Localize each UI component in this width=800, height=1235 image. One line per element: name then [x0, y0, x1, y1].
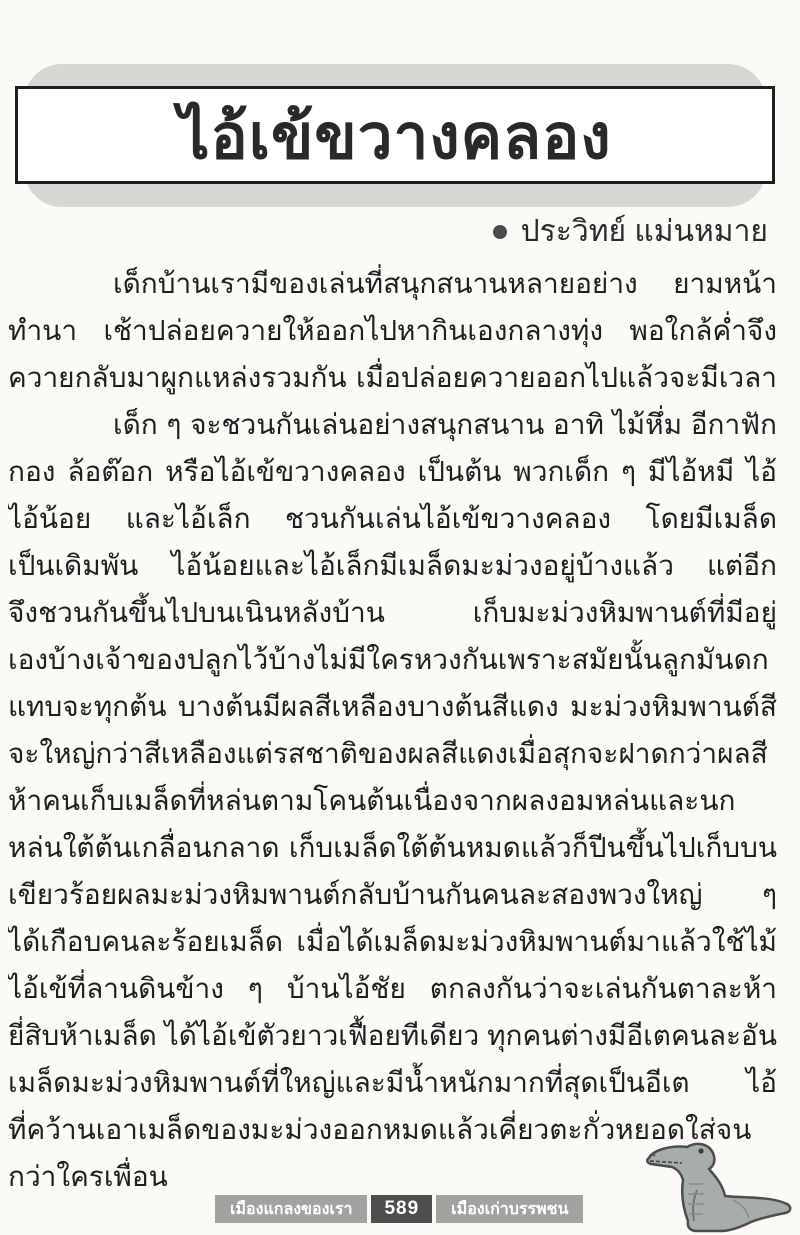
author-name: ประวิทย์ แม่นหมาย — [521, 212, 768, 251]
text-line: ได้เกือบคนละร้อยเมล็ด เมื่อได้เมล็ดมะม่ว… — [8, 918, 777, 965]
text-line: จะใหญ่กว่าสีเหลืองแต่รสชาติของผลสีแดงเมื… — [8, 730, 777, 777]
footer-series-left: เมืองแกลงของเรา — [215, 1195, 367, 1223]
text-line: เขียวร้อยผลมะม่วงหิมพานต์กลับบ้านกันคนละ… — [8, 871, 777, 918]
author-byline: ประวิทย์ แม่นหมาย — [493, 212, 768, 251]
text-line: กอง ล้อต๊อก หรือไอ้เข้ขวางคลอง เป็นต้น พ… — [8, 448, 777, 495]
page-number-badge: 589 — [371, 1195, 432, 1223]
text-line: ไอ้เข้ที่ลานดินข้าง ๆ บ้านไอ้ชัย ตกลงกัน… — [8, 965, 777, 1012]
text-line: แทบจะทุกต้น บางต้นมีผลสีเหลืองบางต้นสีแด… — [8, 683, 777, 730]
text-line: ควายกลับมาผูกแหล่งรวมกัน เมื่อปล่อยควายอ… — [8, 354, 777, 401]
text-line: ห้าคนเก็บเมล็ดที่หล่นตามโคนต้นเนื่องจากผ… — [8, 777, 777, 824]
text-line: เองบ้างเจ้าของปลูกไว้บ้างไม่มีใครหวงกันเ… — [8, 636, 777, 683]
book-page: ไอ้เข้ขวางคลอง ประวิทย์ แม่นหมาย เด็กบ้า… — [0, 0, 800, 1235]
text-line: ไอ้น้อย และไอ้เล็ก ชวนกันเล่นไอ้เข้ขวางค… — [8, 495, 777, 542]
page-title: ไอ้เข้ขวางคลอง — [178, 101, 611, 169]
text-line: ยี่สิบห้าเมล็ด ได้ไอ้เข้ตัวยาวเฟื้อยทีเด… — [8, 1012, 777, 1059]
text-line: เด็ก ๆ จะชวนกันเล่นอย่างสนุกสนาน อาทิ ไม… — [8, 401, 777, 448]
footer: เมืองแกลงของเรา 589 เมืองเก่าบรรพชน — [215, 1195, 583, 1223]
bullet-icon — [493, 225, 507, 239]
text-line: เมล็ดมะม่วงหิมพานต์ที่ใหญ่และมีน้ำหนักมา… — [8, 1059, 777, 1106]
body-text: เด็กบ้านเรามีของเล่นที่สนุกสนานหลายอย่าง… — [8, 260, 777, 1200]
text-line: จึงชวนกันขึ้นไปบนเนินหลังบ้าน เก็บมะม่วง… — [8, 589, 777, 636]
text-line: ทำนา เช้าปล่อยควายให้ออกไปหากินเองกลางทุ… — [8, 307, 777, 354]
text-line: เด็กบ้านเรามีของเล่นที่สนุกสนานหลายอย่าง… — [8, 260, 777, 307]
text-line: เป็นเดิมพัน ไอ้น้อยและไอ้เล็กมีเมล็ดมะม่… — [8, 542, 777, 589]
title-banner: ไอ้เข้ขวางคลอง — [15, 86, 775, 184]
text-line: หล่นใต้ต้นเกลื่อนกลาด เก็บเมล็ดใต้ต้นหมด… — [8, 824, 777, 871]
footer-series-right: เมืองเก่าบรรพชน — [436, 1195, 583, 1223]
crocodile-illustration — [637, 1138, 797, 1233]
